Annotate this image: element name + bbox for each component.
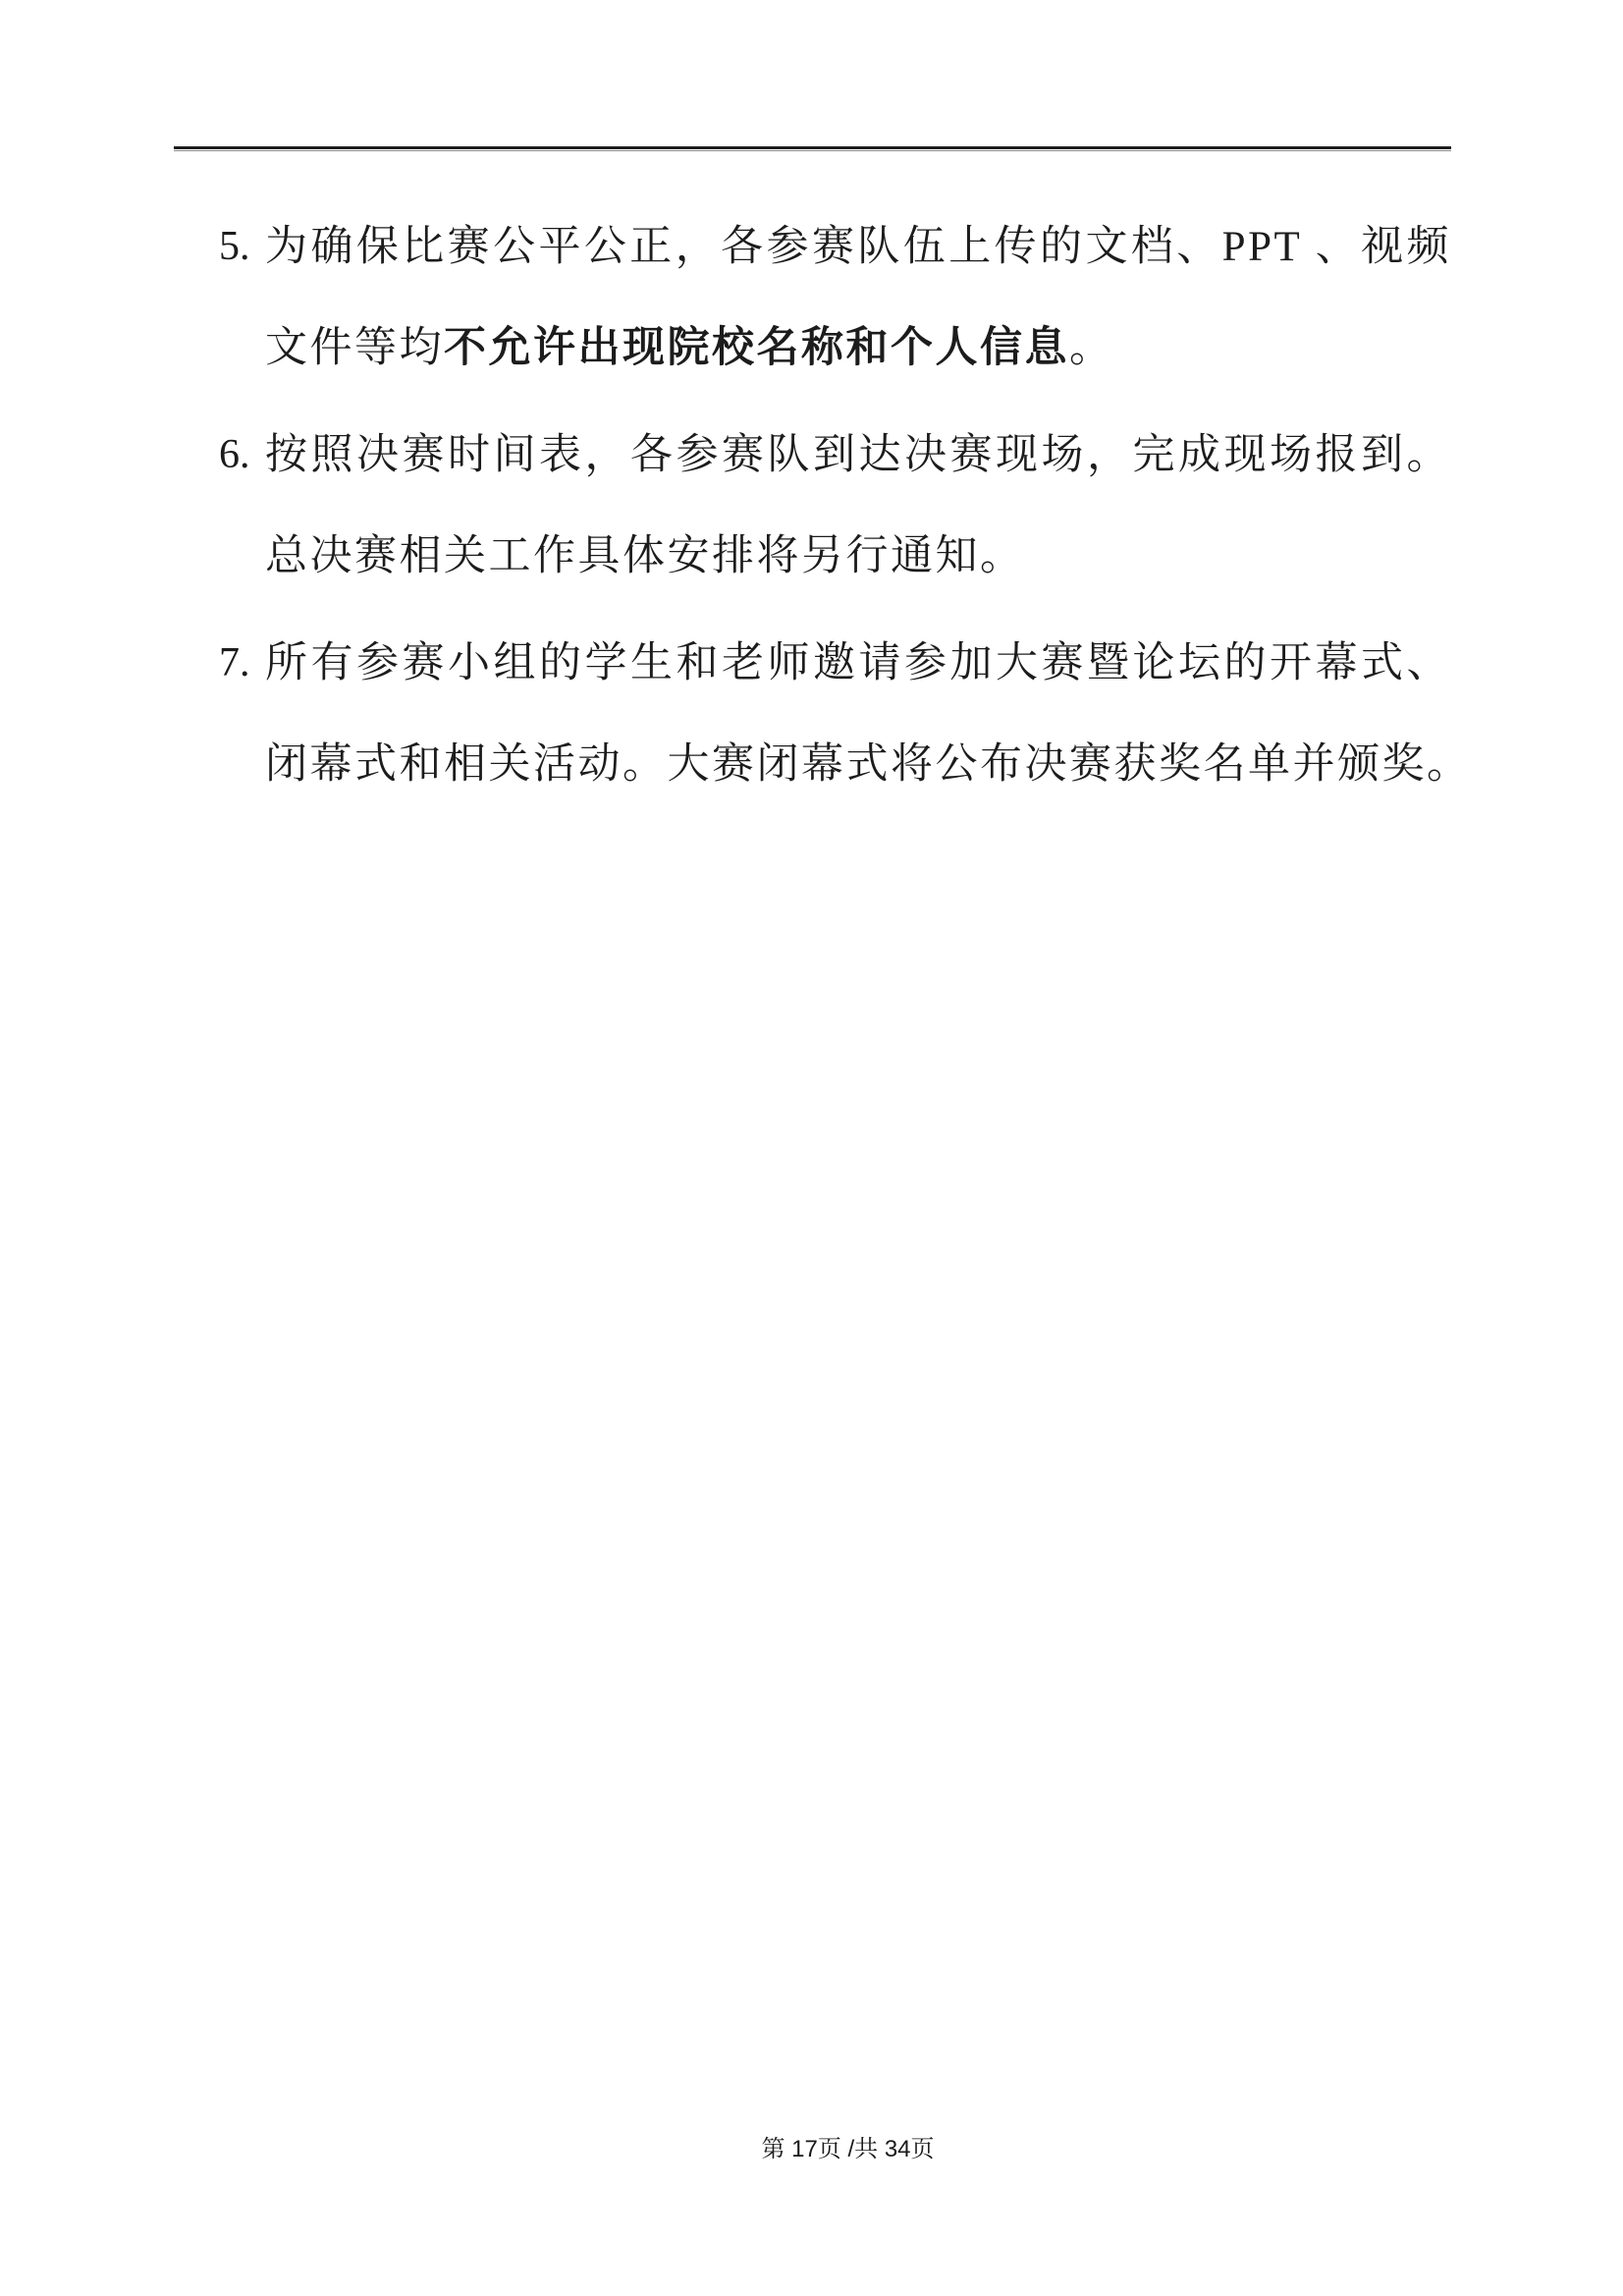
- paragraph-line: 文件等均不允许出现院校名称和个人信息。: [265, 298, 1451, 399]
- header-divider: [174, 146, 1451, 151]
- page-footer: 第 17页 /共 34页: [0, 2129, 1623, 2163]
- document-page: 5. 为确保比赛公平公正，各参赛队伍上传的文档、PPT 、视频 文件等均不允许出…: [0, 0, 1623, 2296]
- paragraph-line: 为确保比赛公平公正，各参赛队伍上传的文档、PPT 、视频: [265, 196, 1451, 298]
- list-item: 7. 所有参赛小组的学生和老师邀请参加大赛暨论坛的开幕式、 闭幕式和相关活动。大…: [219, 613, 1451, 815]
- page-number: 第 17页 /共 34页: [761, 2136, 934, 2162]
- item-number: 7.: [219, 613, 265, 815]
- numbered-list: 5. 为确保比赛公平公正，各参赛队伍上传的文档、PPT 、视频 文件等均不允许出…: [219, 196, 1451, 821]
- paragraph-line: 闭幕式和相关活动。大赛闭幕式将公布决赛获奖名单并颁奖。: [265, 714, 1451, 815]
- item-text: 按照决赛时间表，各参赛队到达决赛现场，完成现场报到。 总决赛相关工作具体安排将另…: [265, 405, 1451, 607]
- text-bold: 不允许出现院校名称和个人信息: [444, 325, 1069, 371]
- item-text: 为确保比赛公平公正，各参赛队伍上传的文档、PPT 、视频 文件等均不允许出现院校…: [265, 196, 1451, 399]
- item-number: 5.: [219, 196, 265, 399]
- text-regular: 。: [1069, 325, 1114, 371]
- paragraph-line: 所有参赛小组的学生和老师邀请参加大赛暨论坛的开幕式、: [265, 613, 1451, 714]
- text-regular: 文件等均: [265, 325, 444, 371]
- paragraph-line: 总决赛相关工作具体安排将另行通知。: [265, 506, 1451, 607]
- item-number: 6.: [219, 405, 265, 607]
- item-text: 所有参赛小组的学生和老师邀请参加大赛暨论坛的开幕式、 闭幕式和相关活动。大赛闭幕…: [265, 613, 1451, 815]
- paragraph-line: 按照决赛时间表，各参赛队到达决赛现场，完成现场报到。: [265, 405, 1451, 506]
- list-item: 6. 按照决赛时间表，各参赛队到达决赛现场，完成现场报到。 总决赛相关工作具体安…: [219, 405, 1451, 607]
- list-item: 5. 为确保比赛公平公正，各参赛队伍上传的文档、PPT 、视频 文件等均不允许出…: [219, 196, 1451, 399]
